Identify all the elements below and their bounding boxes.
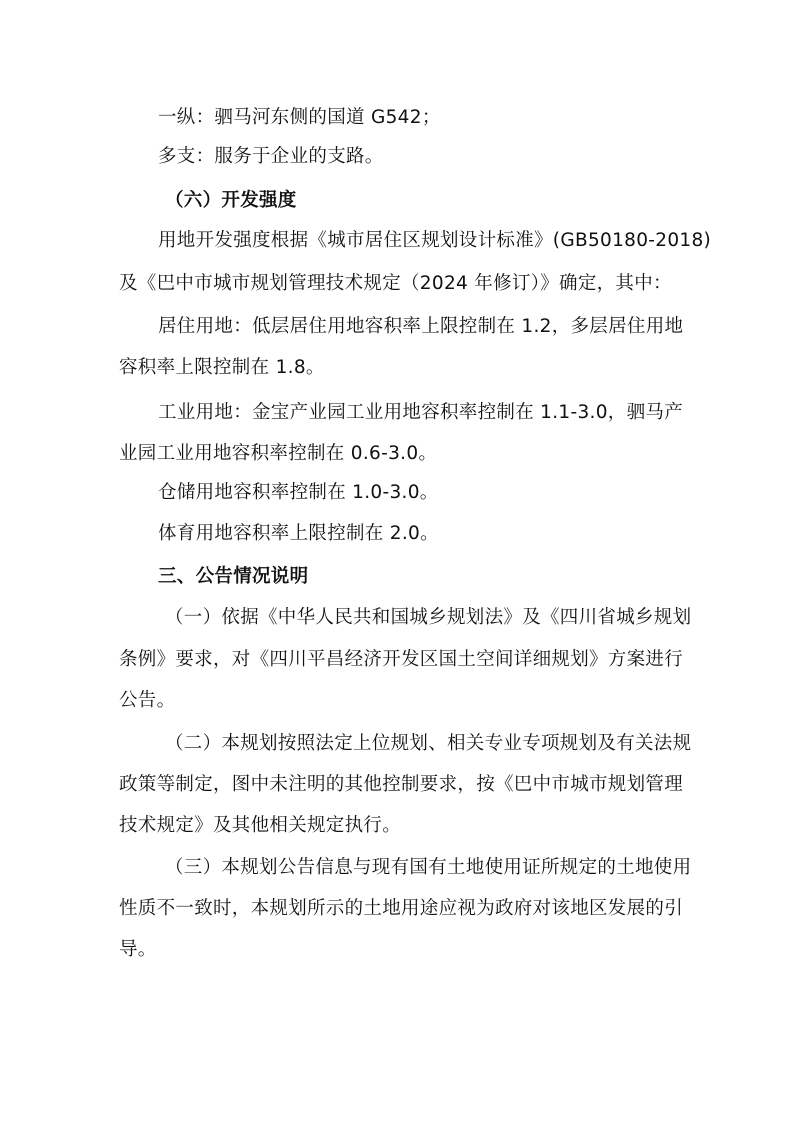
paragraph-announcement-2-line2: 政策等制定，图中未注明的其他控制要求，按《巴中市城市规划管理 bbox=[119, 773, 682, 797]
paragraph-sports: 体育用地容积率上限控制在 2.0。 bbox=[158, 522, 439, 546]
paragraph-announcement-3-line2: 性质不一致时，本规划所示的土地用途应视为政府对该地区发展的引 bbox=[119, 897, 682, 921]
paragraph-announcement-3-line1: （三）本规划公告信息与现有国有土地使用证所规定的土地使用 bbox=[165, 856, 682, 880]
section-heading-announcement: 三、公告情况说明 bbox=[158, 565, 308, 589]
paragraph-industrial-line2: 业园工业用地容积率控制在 0.6-3.0。 bbox=[119, 442, 437, 466]
paragraph-industrial-line1: 工业用地：金宝产业园工业用地容积率控制在 1.1-3.0，驷马产 bbox=[158, 401, 682, 425]
paragraph-storage: 仓储用地容积率控制在 1.0-3.0。 bbox=[158, 481, 439, 505]
paragraph-announcement-2-line3: 技术规定》及其他相关规定执行。 bbox=[119, 814, 401, 838]
paragraph-announcement-1-line3: 公告。 bbox=[119, 689, 175, 713]
paragraph-residential-line2: 容积率上限控制在 1.8。 bbox=[119, 356, 325, 380]
paragraph-intensity-basis-line2: 及《巴中市城市规划管理技术规定（2024 年修订）》确定，其中： bbox=[119, 272, 659, 296]
paragraph-announcement-2-line1: （二）本规划按照法定上位规划、相关专业专项规划及有关法规 bbox=[165, 732, 682, 756]
document-page: 一纵：驷马河东侧的国道 G542； 多支：服务于企业的支路。 （六）开发强度 用… bbox=[0, 0, 793, 1122]
section-heading-development-intensity: （六）开发强度 bbox=[165, 189, 297, 213]
paragraph-announcement-3-line3: 导。 bbox=[119, 938, 157, 962]
paragraph-announcement-1-line1: （一）依据《中华人民共和国城乡规划法》及《四川省城乡规划 bbox=[165, 606, 682, 630]
road-item-one-vertical: 一纵：驷马河东侧的国道 G542； bbox=[158, 106, 441, 130]
paragraph-announcement-1-line2: 条例》要求，对《四川平昌经济开发区国土空间详细规划》方案进行 bbox=[119, 648, 682, 672]
paragraph-intensity-basis-line1: 用地开发强度根据《城市居住区规划设计标准》(GB50180-2018) bbox=[158, 229, 682, 253]
road-item-branches: 多支：服务于企业的支路。 bbox=[158, 145, 384, 169]
paragraph-residential-line1: 居住用地：低层居住用地容积率上限控制在 1.2，多层居住用地 bbox=[158, 315, 682, 339]
